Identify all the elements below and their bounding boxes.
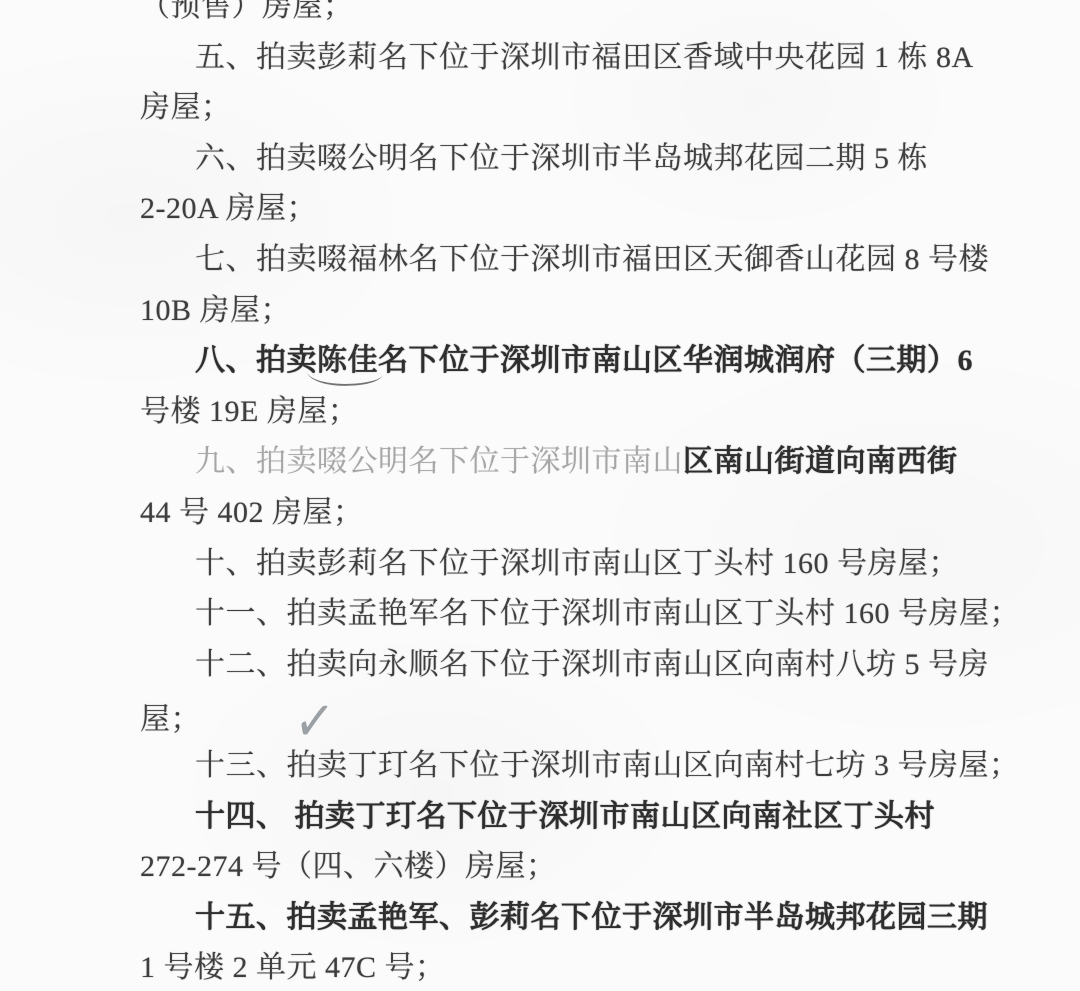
document-line: 2-20A 房屋； [140,184,1040,235]
document-line: 十一、拍卖孟艳军名下位于深圳市南山区丁头村 160 号房屋； [140,589,1040,640]
document-line: 十二、拍卖向永顺名下位于深圳市南山区向南村八坊 5 号房 [140,640,1040,691]
document-line: 272-274 号（四、六楼）房屋； [140,842,1040,893]
text-segment: 十、拍卖彭莉名下位于深圳市南山区丁头村 160 号房屋； [195,547,959,580]
text-segment: 十二、拍卖向永顺名下位于深圳市南山区向南村八坊 5 号房 [195,648,989,681]
document-line: 十五、拍卖孟艳军、彭莉名下位于深圳市半岛城邦花园三期 [140,893,1040,944]
text-segment: 七、拍卖啜福林名下位于深圳市福田区天御香山花园 8 号楼 [195,243,989,276]
text-segment: 44 号 402 房屋； [140,496,364,529]
text-segment: 区南山街道向南西街 [683,445,958,478]
text-segment: 名下位于深圳市南山区华润城润府（三期）6 [378,344,973,377]
text-segment: 十四、 拍卖丁玎名下位于深圳市南山区向南社区丁头村 [195,800,935,833]
text-segment: 九、拍卖啜公明名下位于深圳市南山 [195,445,683,478]
text-segment: 2-20A 房屋； [140,192,317,225]
text-segment: （预售）房屋； [140,0,354,23]
document-line: 10B 房屋； [140,286,1040,337]
document-line: 十四、 拍卖丁玎名下位于深圳市南山区向南社区丁头村 [140,792,1040,843]
handwritten-checkmark-icon: ✓ [292,691,337,752]
document-line: 44 号 402 房屋； [140,488,1040,539]
text-segment: 八、拍卖 [195,344,317,377]
document-line: 1 号楼 2 单元 47C 号； [140,943,1040,991]
text-segment: 十五、拍卖孟艳军、彭莉名下位于深圳市半岛城邦花园三期 [195,901,988,934]
scanned-document-page: （预售）房屋；五、拍卖彭莉名下位于深圳市福田区香域中央花园 1 栋 8A房屋；六… [0,0,1080,991]
text-segment: 五、拍卖彭莉名下位于深圳市福田区香域中央花园 1 栋 8A [195,41,974,74]
document-text-block: （预售）房屋；五、拍卖彭莉名下位于深圳市福田区香域中央花园 1 栋 8A房屋；六… [140,0,1040,991]
text-segment: 十一、拍卖孟艳军名下位于深圳市南山区丁头村 160 号房屋； [195,597,1020,630]
text-segment: 1 号楼 2 单元 47C 号； [140,951,446,984]
document-line: 号楼 19E 房屋； [140,387,1040,438]
text-segment: 272-274 号（四、六楼）房屋； [140,850,557,883]
document-line: 十、拍卖彭莉名下位于深圳市南山区丁头村 160 号房屋； [140,539,1040,590]
document-line: 十三、拍卖丁玎名下位于深圳市南山区向南村七坊 3 号房屋； [140,741,1040,792]
document-line: 八、拍卖陈佳名下位于深圳市南山区华润城润府（三期）6 [140,336,1040,387]
text-segment: 六、拍卖啜公明名下位于深圳市半岛城邦花园二期 5 栋 [195,142,928,175]
document-line: 屋；✓ [140,690,1040,741]
text-segment: 房屋； [140,91,232,124]
text-segment: 屋； [140,703,201,736]
document-line: 房屋； [140,83,1040,134]
document-line: 七、拍卖啜福林名下位于深圳市福田区天御香山花园 8 号楼 [140,235,1040,286]
underlined-name: 陈佳 [317,344,378,377]
document-line: 九、拍卖啜公明名下位于深圳市南山区南山街道向南西街 [140,437,1040,488]
document-line: 五、拍卖彭莉名下位于深圳市福田区香域中央花园 1 栋 8A [140,33,1040,84]
text-segment: 10B 房屋； [140,294,291,327]
document-line: 六、拍卖啜公明名下位于深圳市半岛城邦花园二期 5 栋 [140,134,1040,185]
text-segment: 号楼 19E 房屋； [140,395,358,428]
document-line: （预售）房屋； [140,0,1040,33]
